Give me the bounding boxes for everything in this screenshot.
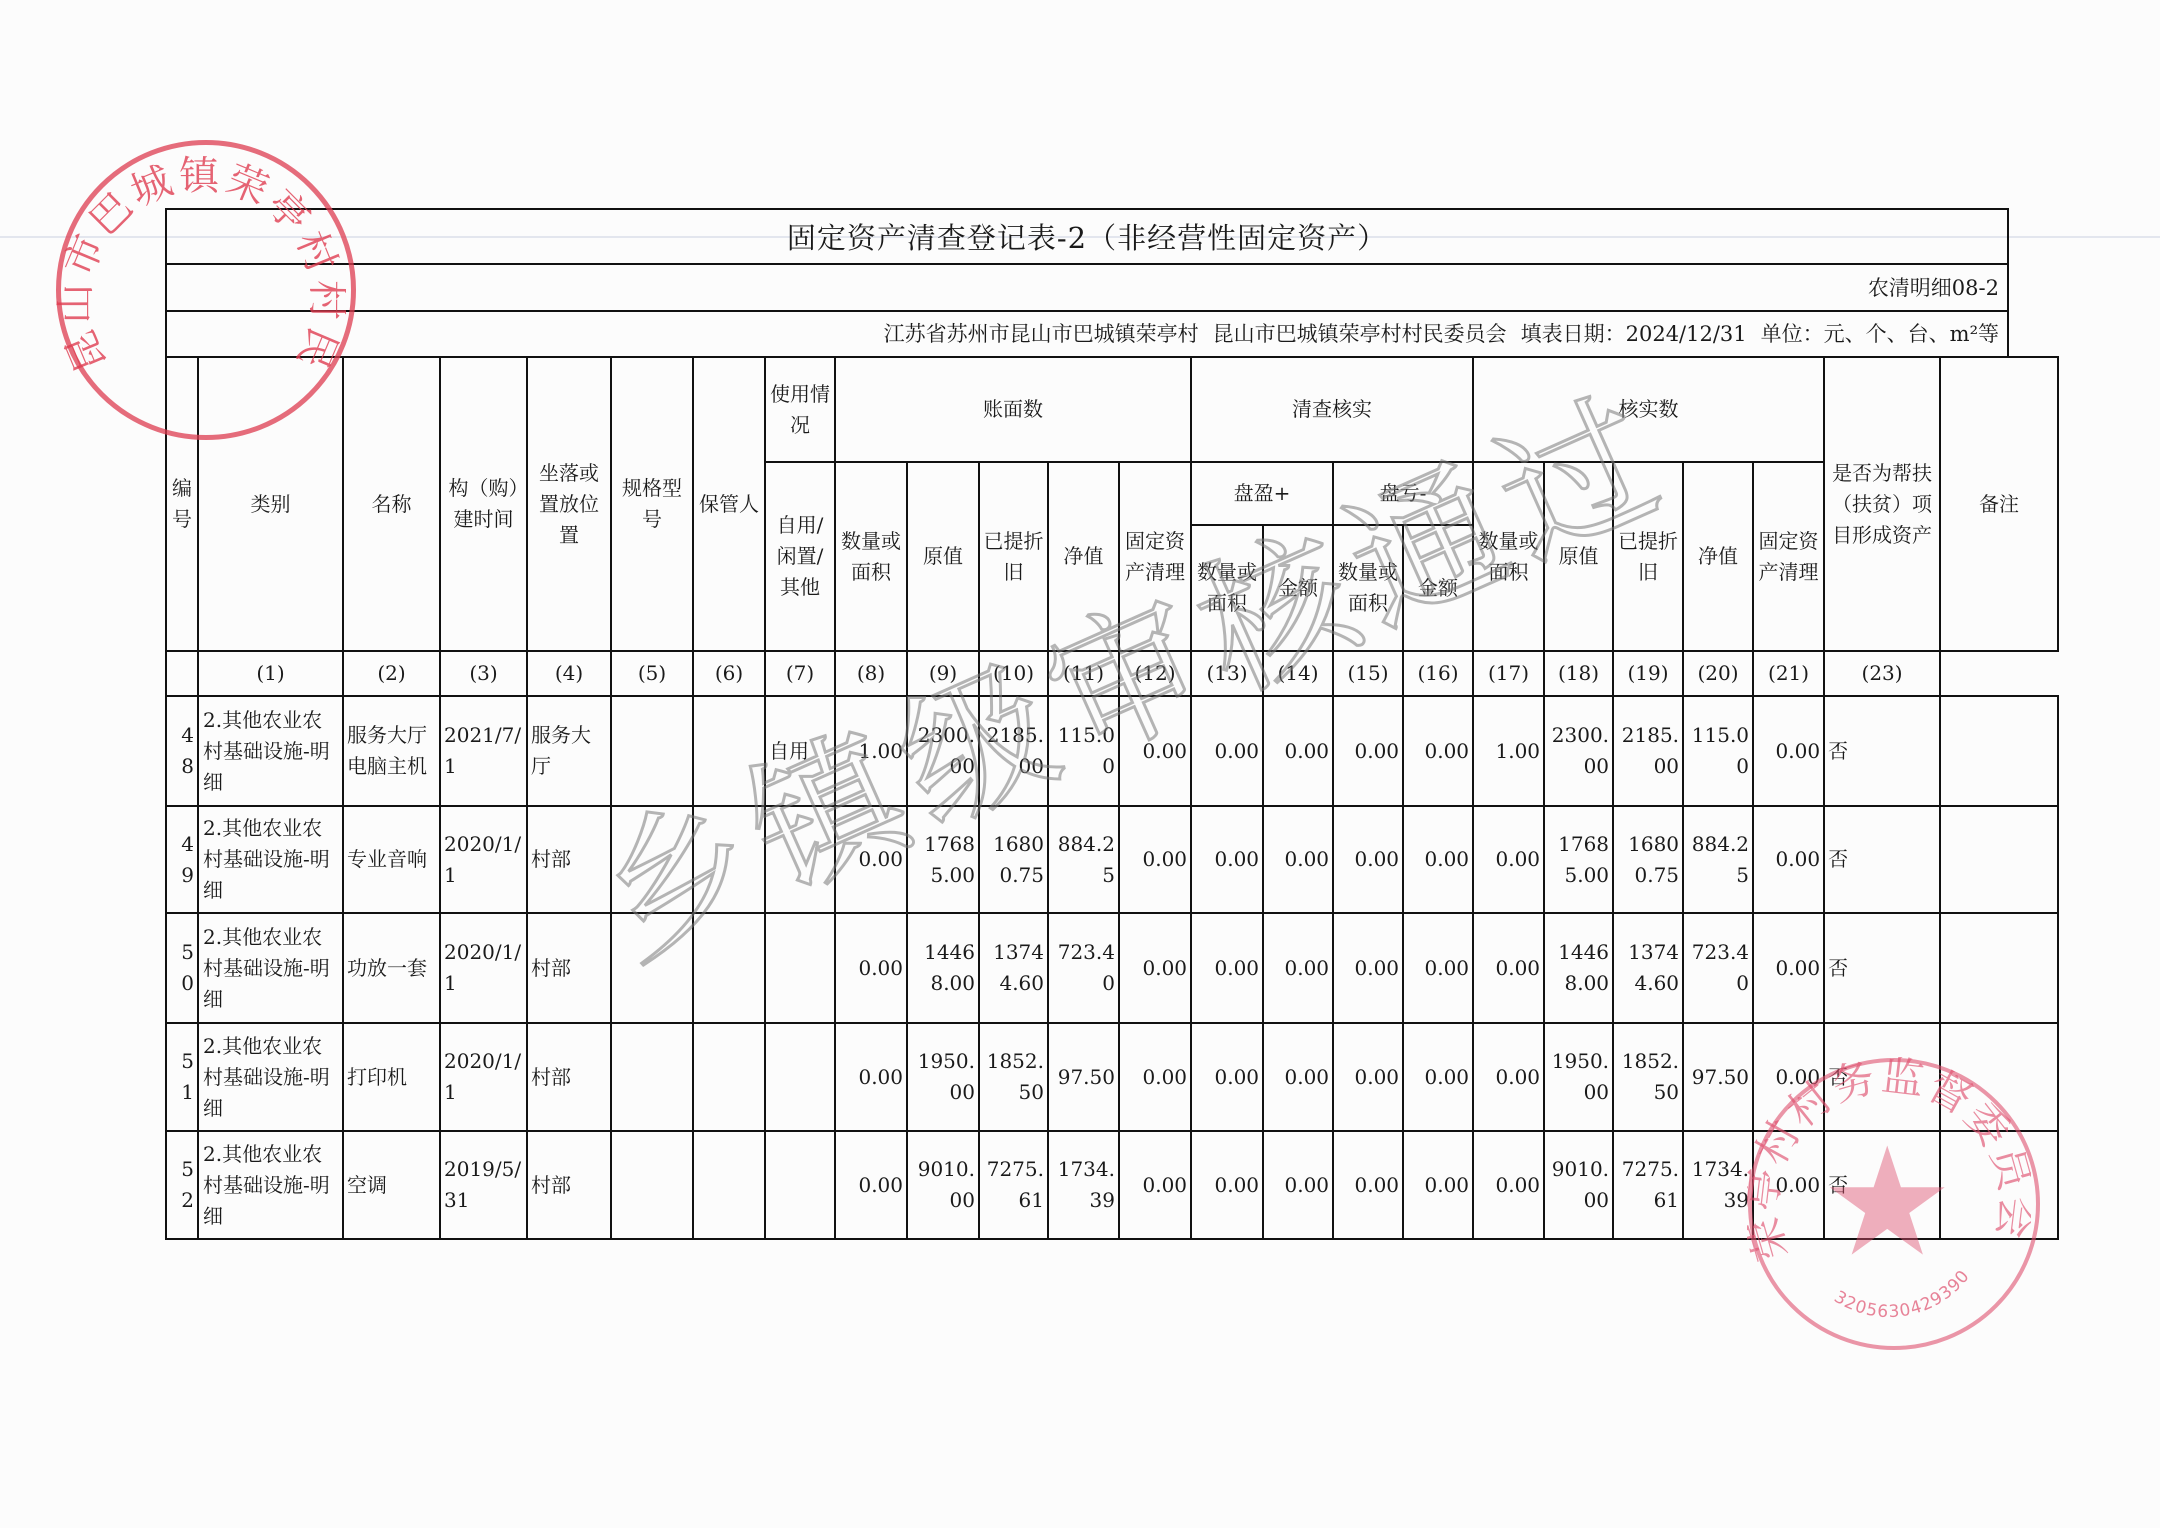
form-code: 农清明细08-2 (165, 263, 2009, 312)
table-row: 492.其他农业农村基础设施-明细专业音响2020/1/1村部0.0017685… (166, 806, 2058, 913)
row-spec (611, 806, 693, 913)
row-location: 村部 (527, 1023, 611, 1131)
book-depreciation: 16800.75 (979, 806, 1048, 913)
book-original: 17685.00 (907, 806, 979, 913)
column-number: (2) (343, 651, 440, 696)
book-qty: 0.00 (835, 806, 907, 913)
row-category: 2.其他农业农村基础设施-明细 (198, 1131, 343, 1239)
surplus-qty: 0.00 (1191, 1131, 1263, 1239)
header-deficit-qty: 数量或面积 (1333, 525, 1403, 651)
row-usage (765, 913, 835, 1023)
row-name: 打印机 (343, 1023, 440, 1131)
book-qty: 0.00 (835, 913, 907, 1023)
verified-depreciation: 2185.00 (1613, 696, 1683, 806)
row-keeper (693, 1131, 765, 1239)
header-book-clearance: 固定资产清理 (1119, 462, 1191, 651)
header-book-depreciation: 已提折旧 (979, 462, 1048, 651)
verified-original: 14468.00 (1544, 913, 1613, 1023)
row-usage (765, 806, 835, 913)
surplus-qty: 0.00 (1191, 806, 1263, 913)
row-keeper (693, 806, 765, 913)
row-keeper (693, 1023, 765, 1131)
row-usage (765, 1131, 835, 1239)
header-surplus-group: 盘盈+ (1191, 462, 1333, 525)
column-number: (4) (527, 651, 611, 696)
deficit-qty: 0.00 (1333, 696, 1403, 806)
surplus-qty: 0.00 (1191, 1023, 1263, 1131)
header-book-original: 原值 (907, 462, 979, 651)
deficit-amount: 0.00 (1403, 806, 1473, 913)
verified-qty: 0.00 (1473, 913, 1544, 1023)
row-usage (765, 1023, 835, 1131)
header-spec: 规格型号 (611, 357, 693, 651)
book-net: 97.50 (1048, 1023, 1119, 1131)
column-number: (13) (1191, 651, 1263, 696)
header-book-group: 账面数 (835, 357, 1191, 462)
verified-net: 723.40 (1683, 913, 1753, 1023)
header-keeper: 保管人 (693, 357, 765, 651)
row-spec (611, 1131, 693, 1239)
form-title-text: 固定资产清查登记表-2（非经营性固定资产） (787, 216, 1387, 257)
book-depreciation: 1852.50 (979, 1023, 1048, 1131)
book-net: 884.25 (1048, 806, 1119, 913)
row-build-time: 2019/5/31 (440, 1131, 527, 1239)
row-remark (1940, 806, 2058, 913)
header-book-qty: 数量或面积 (835, 462, 907, 651)
header-deficit-amount: 金额 (1403, 525, 1473, 651)
row-keeper (693, 913, 765, 1023)
scanned-page: 固定资产清查登记表-2（非经营性固定资产） 农清明细08-2 江苏省苏州市昆山市… (0, 0, 2160, 1528)
info-unit: 单位：元、个、台、m²等 (1761, 318, 1999, 348)
verified-depreciation: 13744.60 (1613, 913, 1683, 1023)
row-category: 2.其他农业农村基础设施-明细 (198, 1023, 343, 1131)
row-id: 52 (166, 1131, 198, 1239)
book-qty: 0.00 (835, 1131, 907, 1239)
deficit-amount: 0.00 (1403, 1023, 1473, 1131)
book-net: 723.40 (1048, 913, 1119, 1023)
verified-net: 97.50 (1683, 1023, 1753, 1131)
deficit-amount: 0.00 (1403, 1131, 1473, 1239)
row-name: 专业音响 (343, 806, 440, 913)
column-number: (23) (1824, 651, 1940, 696)
surplus-qty: 0.00 (1191, 696, 1263, 806)
verified-qty: 0.00 (1473, 1131, 1544, 1239)
row-location: 村部 (527, 806, 611, 913)
book-qty: 0.00 (835, 1023, 907, 1131)
row-id: 48 (166, 696, 198, 806)
verified-depreciation: 16800.75 (1613, 806, 1683, 913)
column-number: (9) (907, 651, 979, 696)
column-number: (19) (1613, 651, 1683, 696)
verified-net: 884.25 (1683, 806, 1753, 913)
column-number: (8) (835, 651, 907, 696)
verified-clearance: 0.00 (1753, 913, 1824, 1023)
book-original: 14468.00 (907, 913, 979, 1023)
deficit-amount: 0.00 (1403, 913, 1473, 1023)
header-usage: 自用/闲置/其他 (765, 462, 835, 651)
header-verified-qty: 数量或面积 (1473, 462, 1544, 651)
row-remark (1940, 913, 2058, 1023)
row-build-time: 2021/7/1 (440, 696, 527, 806)
row-spec (611, 913, 693, 1023)
row-poverty: 否 (1824, 696, 1940, 806)
row-name: 空调 (343, 1131, 440, 1239)
book-net: 1734.39 (1048, 1131, 1119, 1239)
table-row: 512.其他农业农村基础设施-明细打印机2020/1/1村部0.001950.0… (166, 1023, 2058, 1131)
verified-qty: 0.00 (1473, 806, 1544, 913)
info-organization: 昆山市巴城镇荣亭村村民委员会 (1213, 318, 1507, 348)
row-id: 49 (166, 806, 198, 913)
book-depreciation: 7275.61 (979, 1131, 1048, 1239)
fill-date-label: 填表日期： (1521, 322, 1626, 346)
row-category: 2.其他农业农村基础设施-明细 (198, 806, 343, 913)
column-number: (11) (1048, 651, 1119, 696)
unit-value: 元、个、台、m²等 (1824, 322, 1999, 346)
right-seal-code: 3205630429390 (1830, 1266, 1974, 1322)
column-number: (5) (611, 651, 693, 696)
column-number: (14) (1263, 651, 1333, 696)
row-keeper (693, 696, 765, 806)
verified-clearance: 0.00 (1753, 696, 1824, 806)
row-name: 功放一套 (343, 913, 440, 1023)
verified-net: 1734.39 (1683, 1131, 1753, 1239)
verified-clearance: 0.00 (1753, 806, 1824, 913)
deficit-qty: 0.00 (1333, 1131, 1403, 1239)
row-build-time: 2020/1/1 (440, 1023, 527, 1131)
book-original: 2300.00 (907, 696, 979, 806)
verified-net: 115.00 (1683, 696, 1753, 806)
form-code-text: 农清明细08-2 (1868, 272, 1999, 302)
header-usage-group: 使用情况 (765, 357, 835, 462)
row-id: 50 (166, 913, 198, 1023)
header-verified-net: 净值 (1683, 462, 1753, 651)
surplus-qty: 0.00 (1191, 913, 1263, 1023)
column-number: (17) (1473, 651, 1544, 696)
book-qty: 1.00 (835, 696, 907, 806)
header-check-group: 清查核实 (1191, 357, 1473, 462)
header-verified-clearance: 固定资产清理 (1753, 462, 1824, 651)
row-remark (1940, 696, 2058, 806)
verified-clearance: 0.00 (1753, 1023, 1824, 1131)
column-number: (1) (198, 651, 343, 696)
deficit-qty: 0.00 (1333, 806, 1403, 913)
book-depreciation: 13744.60 (979, 913, 1048, 1023)
book-net: 115.00 (1048, 696, 1119, 806)
row-spec (611, 1023, 693, 1131)
row-location: 村部 (527, 1131, 611, 1239)
svg-text:3205630429390: 3205630429390 (1830, 1266, 1974, 1322)
header-name: 名称 (343, 357, 440, 651)
header-location: 坐落或置放位置 (527, 357, 611, 651)
row-location: 服务大厅 (527, 696, 611, 806)
row-usage: 自用 (765, 696, 835, 806)
column-number: (18) (1544, 651, 1613, 696)
surplus-amount: 0.00 (1263, 806, 1333, 913)
row-poverty: 否 (1824, 1023, 1940, 1131)
header-book-net: 净值 (1048, 462, 1119, 651)
row-remark (1940, 1023, 2058, 1131)
verified-qty: 1.00 (1473, 696, 1544, 806)
header-surplus-amount: 金额 (1263, 525, 1333, 651)
info-location: 江苏省苏州市昆山市巴城镇荣亭村 (884, 318, 1199, 348)
book-clearance: 0.00 (1119, 1131, 1191, 1239)
column-number: (7) (765, 651, 835, 696)
table-row: 482.其他农业农村基础设施-明细服务大厅电脑主机2021/7/1服务大厅自用1… (166, 696, 2058, 806)
book-original: 9010.00 (907, 1131, 979, 1239)
verified-depreciation: 7275.61 (1613, 1131, 1683, 1239)
surplus-amount: 0.00 (1263, 696, 1333, 806)
header-row-1: 编号 类别 名称 构（购）建时间 坐落或置放位置 规格型号 保管人 使用情况 账… (166, 357, 2058, 462)
row-poverty: 否 (1824, 1131, 1940, 1239)
column-number: (6) (693, 651, 765, 696)
row-id: 51 (166, 1023, 198, 1131)
deficit-amount: 0.00 (1403, 696, 1473, 806)
row-category: 2.其他农业农村基础设施-明细 (198, 913, 343, 1023)
book-original: 1950.00 (907, 1023, 979, 1131)
table-row: 502.其他农业农村基础设施-明细功放一套2020/1/1村部0.0014468… (166, 913, 2058, 1023)
column-number: (15) (1333, 651, 1403, 696)
header-verified-group: 核实数 (1473, 357, 1824, 462)
header-remark: 备注 (1940, 357, 2058, 651)
surplus-amount: 0.00 (1263, 1131, 1333, 1239)
header-verified-depreciation: 已提折旧 (1613, 462, 1683, 651)
deficit-qty: 0.00 (1333, 1023, 1403, 1131)
unit-label: 单位： (1761, 322, 1824, 346)
column-number: (10) (979, 651, 1048, 696)
verified-original: 1950.00 (1544, 1023, 1613, 1131)
table-row: 522.其他农业农村基础设施-明细空调2019/5/31村部0.009010.0… (166, 1131, 2058, 1239)
surplus-amount: 0.00 (1263, 1023, 1333, 1131)
header-category: 类别 (198, 357, 343, 651)
header-poverty: 是否为帮扶（扶贫）项目形成资产 (1824, 357, 1940, 651)
verified-original: 17685.00 (1544, 806, 1613, 913)
row-spec (611, 696, 693, 806)
book-clearance: 0.00 (1119, 1023, 1191, 1131)
book-depreciation: 2185.00 (979, 696, 1048, 806)
row-poverty: 否 (1824, 806, 1940, 913)
column-number: (20) (1683, 651, 1753, 696)
verified-qty: 0.00 (1473, 1023, 1544, 1131)
fill-date-value: 2024/12/31 (1626, 322, 1747, 346)
header-build-time: 构（购）建时间 (440, 357, 527, 651)
verified-original: 9010.00 (1544, 1131, 1613, 1239)
book-clearance: 0.00 (1119, 806, 1191, 913)
verified-clearance: 0.00 (1753, 1131, 1824, 1239)
row-location: 村部 (527, 913, 611, 1023)
form-info-bar: 江苏省苏州市昆山市巴城镇荣亭村 昆山市巴城镇荣亭村村民委员会 填表日期：2024… (165, 310, 2009, 358)
column-number-row: (1)(2)(3)(4)(5)(6)(7)(8)(9)(10)(11)(12)(… (166, 651, 2058, 696)
row-poverty: 否 (1824, 913, 1940, 1023)
row-build-time: 2020/1/1 (440, 913, 527, 1023)
row-name: 服务大厅电脑主机 (343, 696, 440, 806)
column-number: (16) (1403, 651, 1473, 696)
row-category: 2.其他农业农村基础设施-明细 (198, 696, 343, 806)
book-clearance: 0.00 (1119, 696, 1191, 806)
column-number: (3) (440, 651, 527, 696)
row-remark (1940, 1131, 2058, 1239)
header-id: 编号 (166, 357, 198, 651)
column-number-blank (166, 651, 198, 696)
form-title: 固定资产清查登记表-2（非经营性固定资产） (165, 208, 2009, 265)
asset-table: 编号 类别 名称 构（购）建时间 坐落或置放位置 规格型号 保管人 使用情况 账… (165, 356, 2059, 1240)
header-surplus-qty: 数量或面积 (1191, 525, 1263, 651)
book-clearance: 0.00 (1119, 913, 1191, 1023)
deficit-qty: 0.00 (1333, 913, 1403, 1023)
column-number: (12) (1119, 651, 1191, 696)
verified-original: 2300.00 (1544, 696, 1613, 806)
row-build-time: 2020/1/1 (440, 806, 527, 913)
header-verified-original: 原值 (1544, 462, 1613, 651)
surplus-amount: 0.00 (1263, 913, 1333, 1023)
header-deficit-group: 盘亏- (1333, 462, 1473, 525)
info-fill-date: 填表日期：2024/12/31 (1521, 318, 1747, 348)
verified-depreciation: 1852.50 (1613, 1023, 1683, 1131)
column-number: (21) (1753, 651, 1824, 696)
